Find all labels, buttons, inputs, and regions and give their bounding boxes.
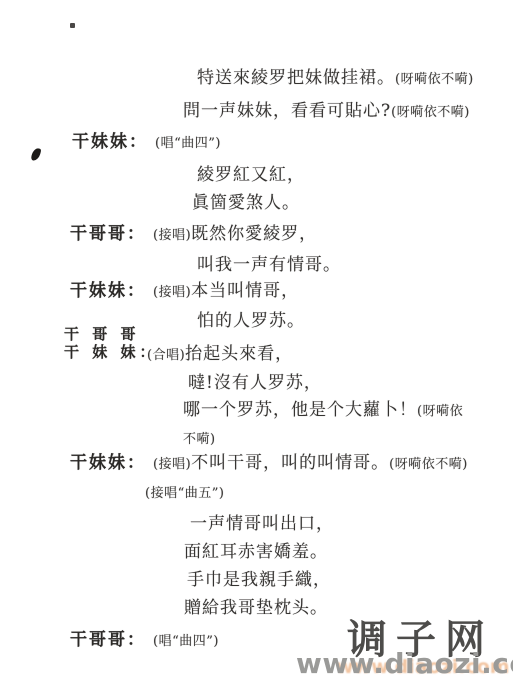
lyric-text: 眞箇愛煞人。 <box>192 193 300 213</box>
lyric-text: 抬起头來看， <box>185 344 293 364</box>
ink-speck <box>31 147 42 162</box>
lyric-line: 一声情哥叫出口， <box>190 513 334 536</box>
lyric-line: 哪一个罗苏，他是个大蘿卜！(呀嗬依 <box>183 399 463 423</box>
speaker-name: 干 妹 妹： <box>64 343 158 361</box>
lyric-line: 特送來綾罗把妹做挂裙。(呀嗬依不嗬) <box>197 67 474 91</box>
refrain-text: (呀嗬依 <box>417 404 463 419</box>
lyric-text: 不叫干哥，叫的叫情哥。 <box>191 453 389 473</box>
lyric-line: 眞箇愛煞人。 <box>192 192 300 215</box>
lyric-text: 本当叫情哥， <box>191 281 299 301</box>
lyric-line: 贈給我哥垫枕头。 <box>184 597 328 620</box>
stage-annotation: (接唱) <box>153 285 191 300</box>
speaker-line: 干哥哥：(唱“曲四”) <box>70 629 219 653</box>
speaker-line: 干妹妹：(接唱)本当叫情哥， <box>70 280 299 304</box>
lyric-text: 噠!沒有人罗苏， <box>188 373 322 393</box>
stage-annotation: (接唱) <box>153 457 191 472</box>
annotation-line: (接唱“曲五”) <box>145 481 224 505</box>
lyric-line: 叫我一声有情哥。 <box>197 254 341 277</box>
stage-annotation: (唱“曲四”) <box>155 136 221 151</box>
lyric-text: 特送來綾罗把妹做挂裙。 <box>197 68 395 88</box>
stage-annotation: (接唱“曲五”) <box>145 486 224 501</box>
speaker-name: 干 哥 哥 <box>64 325 158 343</box>
refrain-text: (呀嗬依不嗬) <box>395 72 474 87</box>
lyric-line: 面紅耳赤害嬌羞。 <box>184 541 328 564</box>
stage-annotation: (合唱) <box>147 348 185 363</box>
lyric-text: 哪一个罗苏，他是个大蘿卜！ <box>183 400 417 420</box>
lyric-line: 噠!沒有人罗苏， <box>188 372 322 395</box>
speaker-line: (合唱)抬起头來看， <box>147 343 293 367</box>
watermark-site-url: www.diaozi.com <box>296 647 513 680</box>
refrain-text: (呀嗬依不嗬) <box>389 457 468 472</box>
refrain-text: (呀嗬依不嗬) <box>391 105 470 120</box>
speaker-name: 干妹妹： <box>72 132 148 152</box>
stage-annotation: (接唱) <box>153 228 191 243</box>
stage-annotation: (唱“曲四”) <box>153 634 219 649</box>
lyric-line: 手巾是我親手織， <box>187 569 331 592</box>
speaker-name: 干哥哥： <box>70 224 146 244</box>
lyric-text: 面紅耳赤害嬌羞。 <box>184 542 328 562</box>
speaker-line: 干妹妹：(接唱)不叫干哥，叫的叫情哥。(呀嗬依不嗬) <box>70 452 468 476</box>
refrain-text: 不嗬) <box>183 432 216 447</box>
lyric-text: 怕的人罗苏。 <box>197 311 305 331</box>
lyric-text: 既然你愛綾罗， <box>191 224 317 244</box>
ink-speck <box>70 23 75 28</box>
lyric-line: 怕的人罗苏。 <box>197 310 305 333</box>
lyric-line: 不嗬) <box>183 427 216 451</box>
lyric-line: 綾罗紅又紅， <box>197 164 305 187</box>
lyric-text: 一声情哥叫出口， <box>190 514 334 534</box>
lyric-text: 手巾是我親手織， <box>187 570 331 590</box>
lyric-text: 問一声妹妹，看看可貼心? <box>183 101 391 121</box>
scanned-script-page: 特送來綾罗把妹做挂裙。(呀嗬依不嗬) 問一声妹妹，看看可貼心?(呀嗬依不嗬) 干… <box>0 0 513 690</box>
lyric-text: 綾罗紅又紅， <box>197 165 305 185</box>
speaker-name: 干妹妹： <box>70 281 146 301</box>
speaker-line: 干哥哥：(接唱)既然你愛綾罗， <box>70 223 317 247</box>
speaker-line: 干妹妹：(唱“曲四”) <box>72 131 221 155</box>
speaker-name: 干妹妹： <box>70 453 146 473</box>
lyric-text: 叫我一声有情哥。 <box>197 255 341 275</box>
speaker-name: 干哥哥： <box>70 630 146 650</box>
lyric-line: 問一声妹妹，看看可貼心?(呀嗬依不嗬) <box>183 100 470 124</box>
lyric-text: 贈給我哥垫枕头。 <box>184 598 328 618</box>
dual-speaker-names: 干 哥 哥 干 妹 妹： <box>64 325 158 361</box>
